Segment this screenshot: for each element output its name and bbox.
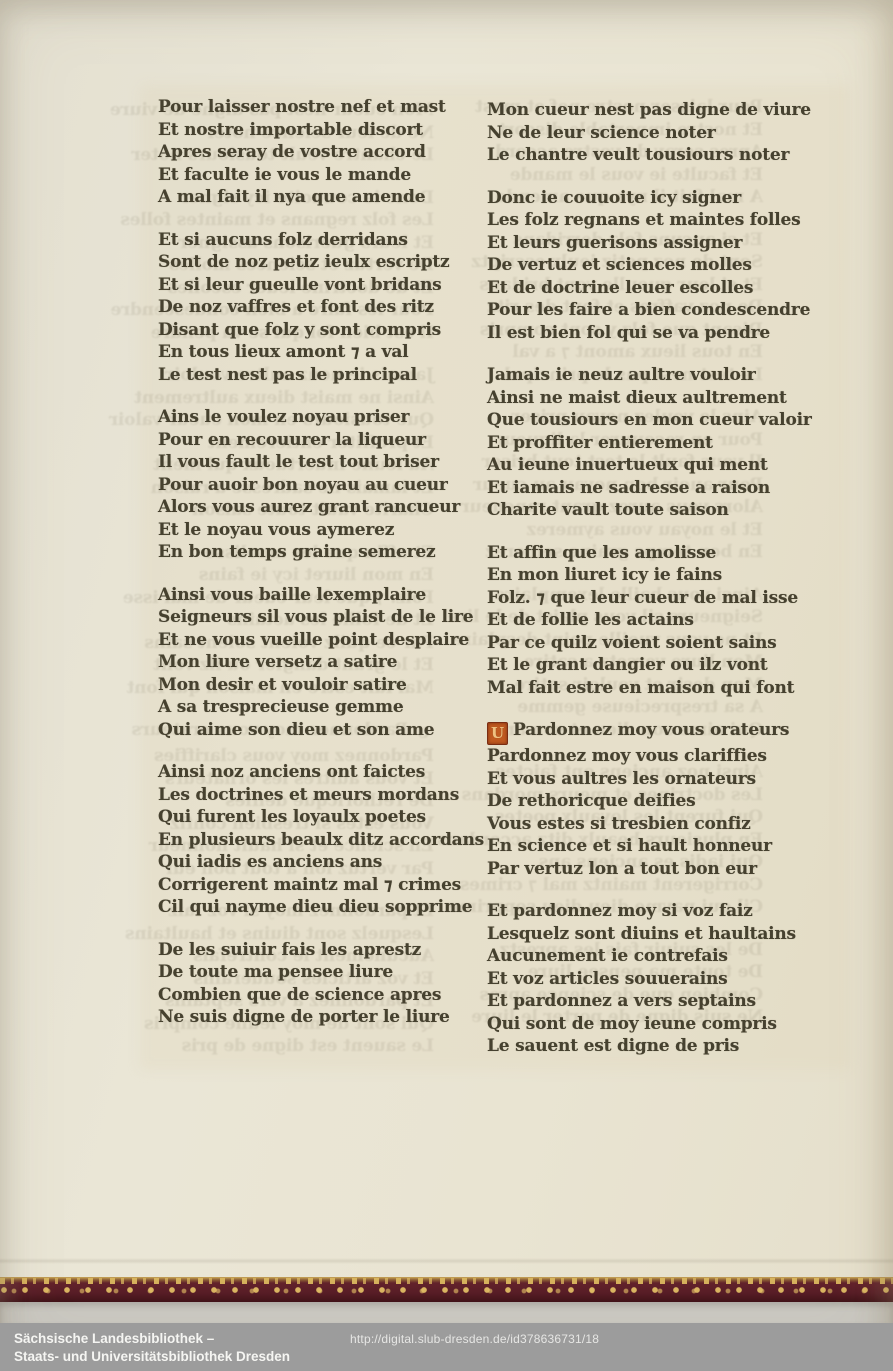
poem-line: Ainsi ne maist dieux aultrement (487, 387, 822, 410)
poem-line-text: Le chantre veult tousiours noter (487, 145, 789, 165)
poem-line-text: Sont de noz petiz ieulx escriptz (158, 252, 450, 272)
poem-line: Charite vault toute saison (487, 499, 822, 522)
poem-line: Et vous aultres les ornateurs (487, 768, 822, 791)
poem-line: Et proffiter entierement (487, 432, 822, 455)
poem-line-text: En tous lieux amont ⁊ a val (158, 342, 408, 362)
poem-line-text: En science et si hault honneur (487, 836, 772, 856)
poem-line-text: Et nostre importable discort (158, 120, 423, 140)
poem-line: Mon liure versetz a satire (158, 651, 493, 674)
poem-line: Et de follie les actains (487, 609, 822, 632)
poem-line-text: A mal fait il nya que amende (158, 187, 425, 207)
poem-line-text: Ne suis digne de porter le liure (158, 1007, 450, 1027)
poem-line: Qui aime son dieu et son ame (158, 719, 493, 742)
stanza: UPardonnez moy vous orateursPardonnez mo… (487, 719, 822, 880)
poem-line: Et le noyau vous aymerez (158, 519, 493, 542)
stanza: Pour laisser nostre nef et mastEt nostre… (158, 96, 493, 209)
poem-line-text: Pour laisser nostre nef et mast (158, 97, 446, 117)
poem-line: Seigneurs sil vous plaist de le lire (158, 606, 493, 629)
poem-line: Il vous fault le test tout briser (158, 451, 493, 474)
background-strip (0, 1302, 893, 1323)
poem-line-text: Pour en recouurer la liqueur (158, 430, 426, 450)
poem-line: Lesquelz sont diuins et haultains (487, 923, 822, 946)
poem-line-text: De vertuz et sciences molles (487, 255, 752, 275)
poem-line-text: Et vous aultres les ornateurs (487, 769, 756, 789)
poem-line-text: Mon liure versetz a satire (158, 652, 397, 672)
stanza: Et affin que les amolisseEn mon liuret i… (487, 542, 822, 700)
poem-line: Alors vous aurez grant rancueur (158, 496, 493, 519)
poem-line: Et faculte ie vous le mande (158, 164, 493, 187)
poem-line: Le chantre veult tousiours noter (487, 144, 822, 167)
poem-line: Et si leur gueulle vont bridans (158, 274, 493, 297)
poem-line: Les doctrines et meurs mordans (158, 784, 493, 807)
poem-line: De noz vaffres et font des ritz (158, 296, 493, 319)
poem-line-text: Et ne vous vueille point desplaire (158, 630, 469, 650)
poem-line: Mal fait estre en maison qui font (487, 677, 822, 700)
poem-line: UPardonnez moy vous orateurs (487, 719, 822, 745)
poem-line-text: Et leurs guerisons assigner (487, 233, 742, 253)
poem-line-text: De les suiuir fais les aprestz (158, 940, 421, 960)
poem-line: Et pardonnez a vers septains (487, 990, 822, 1013)
poem-line: Mon desir et vouloir satire (158, 674, 493, 697)
poem-line-text: Il est bien fol qui se va pendre (487, 323, 770, 343)
poem-line: Et ne vous vueille point desplaire (158, 629, 493, 652)
poem-line-text: Au ieune inuertueux qui ment (487, 455, 768, 475)
poem-line: Qui iadis es anciens ans (158, 851, 493, 874)
poem-line-text: A sa tresprecieuse gemme (158, 697, 403, 717)
poem-line: Et si aucuns folz derridans (158, 229, 493, 252)
poem-line-text: Et si leur gueulle vont bridans (158, 275, 442, 295)
rubricated-initial: U (487, 722, 508, 745)
poem-line-text: Ainsi noz anciens ont faictes (158, 762, 425, 782)
poem-line-text: En bon temps graine semerez (158, 542, 435, 562)
poem-line: Pour laisser nostre nef et mast (158, 96, 493, 119)
stanza: Jamais ie neuz aultre vouloirAinsi ne ma… (487, 364, 822, 522)
poem-line: Vous estes si tresbien confiz (487, 813, 822, 836)
poem-line-text: Ainsi vous baille lexemplaire (158, 585, 426, 605)
library-name-line1: Sächsische Landesbibliothek – (14, 1330, 290, 1348)
poem-line: Jamais ie neuz aultre vouloir (487, 364, 822, 387)
poem-line-text: Corrigerent maintz mal ⁊ crimes (158, 875, 461, 895)
poem-line: Corrigerent maintz mal ⁊ crimes (158, 874, 493, 897)
poem-line: Apres seray de vostre accord (158, 141, 493, 164)
poem-line: Pour en recouurer la liqueur (158, 429, 493, 452)
stanza: Ainsi noz anciens ont faictesLes doctrin… (158, 761, 493, 919)
poem-line: En bon temps graine semerez (158, 541, 493, 564)
poem-line: Ne de leur science noter (487, 122, 822, 145)
poem-line: Ainsi vous baille lexemplaire (158, 584, 493, 607)
poem-line-text: De toute ma pensee liure (158, 962, 393, 982)
poem-line: Qui sont de moy ieune compris (487, 1013, 822, 1036)
poem-line: Disant que folz y sont compris (158, 319, 493, 342)
poem-line-text: En mon liuret icy ie fains (487, 565, 722, 585)
poem-line: Mon cueur nest pas digne de viure (487, 99, 822, 122)
poem-line-text: Et proffiter entierement (487, 433, 713, 453)
poem-line-text: Le test nest pas le principal (158, 365, 417, 385)
gilt-book-edge (0, 1277, 893, 1302)
poem-line: A mal fait il nya que amende (158, 186, 493, 209)
poem-line-text: Apres seray de vostre accord (158, 142, 426, 162)
poem-line: De les suiuir fais les aprestz (158, 939, 493, 962)
poem-line-text: Et si aucuns folz derridans (158, 230, 408, 250)
poem-line: De vertuz et sciences molles (487, 254, 822, 277)
stanza: Ains le voulez noyau priserPour en recou… (158, 406, 493, 564)
poem-line: Et voz articles souuerains (487, 968, 822, 991)
poem-line-text: Et le noyau vous aymerez (158, 520, 394, 540)
library-name-line2: Staats- und Universitätsbibliothek Dresd… (14, 1348, 290, 1366)
poem-line: Que tousiours en mon cueur valoir (487, 409, 822, 432)
poem-line-text: Le sauent est digne de pris (487, 1036, 739, 1056)
page-crease (0, 1258, 893, 1264)
poem-line: Et affin que les amolisse (487, 542, 822, 565)
poem-line-text: Il vous fault le test tout briser (158, 452, 439, 472)
poem-line-text: Alors vous aurez grant rancueur (158, 497, 460, 517)
poem-line-text: De noz vaffres et font des ritz (158, 297, 434, 317)
poem-line: Pour les faire a bien condescendre (487, 299, 822, 322)
poem-text-block: Pour laisser nostre nef et mastEt nostre… (0, 0, 893, 1371)
poem-line: Il est bien fol qui se va pendre (487, 322, 822, 345)
poem-line-text: Les doctrines et meurs mordans (158, 785, 459, 805)
poem-line-text: Et pardonnez a vers septains (487, 991, 756, 1011)
poem-line: Et le grant dangier ou ilz vont (487, 654, 822, 677)
poem-line-text: Disant que folz y sont compris (158, 320, 441, 340)
poem-column-right: Mon cueur nest pas digne de viureNe de l… (487, 99, 822, 1078)
poem-line-text: Mon cueur nest pas digne de viure (487, 100, 811, 120)
source-url: http://digital.slub-dresden.de/id3786367… (350, 1332, 599, 1346)
stanza: Et pardonnez moy si voz faizLesquelz son… (487, 900, 822, 1058)
stanza: Ainsi vous baille lexemplaireSeigneurs s… (158, 584, 493, 742)
poem-line: Et nostre importable discort (158, 119, 493, 142)
poem-line: Pardonnez moy vous clariffies (487, 745, 822, 768)
poem-line-text: Combien que de science apres (158, 985, 441, 1005)
poem-line: Combien que de science apres (158, 984, 493, 1007)
poem-line-text: Pardonnez moy vous orateurs (513, 720, 789, 740)
poem-line: En tous lieux amont ⁊ a val (158, 341, 493, 364)
poem-line-text: Pardonnez moy vous clariffies (487, 746, 767, 766)
poem-line: Donc ie couuoite icy signer (487, 187, 822, 210)
stanza: Donc ie couuoite icy signerLes folz regn… (487, 187, 822, 345)
poem-line-text: Et voz articles souuerains (487, 969, 728, 989)
poem-line-text: Pour les faire a bien condescendre (487, 300, 810, 320)
poem-line-text: Jamais ie neuz aultre vouloir (487, 365, 756, 385)
poem-line-text: Mal fait estre en maison qui font (487, 678, 794, 698)
poem-line-text: Charite vault toute saison (487, 500, 729, 520)
poem-line-text: Qui iadis es anciens ans (158, 852, 382, 872)
poem-line-text: Et de doctrine leuer escolles (487, 278, 753, 298)
poem-line: Ainsi noz anciens ont faictes (158, 761, 493, 784)
poem-line: Ains le voulez noyau priser (158, 406, 493, 429)
poem-line-text: Lesquelz sont diuins et haultains (487, 924, 796, 944)
poem-line: De toute ma pensee liure (158, 961, 493, 984)
poem-line-text: Et iamais ne sadresse a raison (487, 478, 770, 498)
poem-line: Le test nest pas le principal (158, 364, 493, 387)
stanza: Mon cueur nest pas digne de viureNe de l… (487, 99, 822, 167)
poem-line: Et pardonnez moy si voz faiz (487, 900, 822, 923)
stanza: Et si aucuns folz derridansSont de noz p… (158, 229, 493, 387)
poem-line-text: En plusieurs beaulx ditz accordans (158, 830, 484, 850)
poem-line: Et leurs guerisons assigner (487, 232, 822, 255)
poem-line-text: Que tousiours en mon cueur valoir (487, 410, 812, 430)
poem-line-text: Aucunement ie contrefais (487, 946, 728, 966)
poem-line-text: Ainsi ne maist dieux aultrement (487, 388, 787, 408)
poem-line: Les folz regnans et maintes folles (487, 209, 822, 232)
poem-line: Aucunement ie contrefais (487, 945, 822, 968)
poem-line-text: Par vertuz lon a tout bon eur (487, 859, 757, 879)
poem-line: En plusieurs beaulx ditz accordans (158, 829, 493, 852)
poem-line: Et de doctrine leuer escolles (487, 277, 822, 300)
poem-line: Et iamais ne sadresse a raison (487, 477, 822, 500)
poem-line: Qui furent les loyaulx poetes (158, 806, 493, 829)
poem-line: Folz. ⁊ que leur cueur de mal isse (487, 587, 822, 610)
poem-column-left: Pour laisser nostre nef et mastEt nostre… (158, 96, 493, 1049)
poem-line-text: Et pardonnez moy si voz faiz (487, 901, 753, 921)
poem-line-text: Ains le voulez noyau priser (158, 407, 409, 427)
poem-line-text: Seigneurs sil vous plaist de le lire (158, 607, 473, 627)
poem-line-text: Pour auoir bon noyau au cueur (158, 475, 448, 495)
library-name: Sächsische Landesbibliothek – Staats- un… (14, 1330, 290, 1366)
poem-line-text: Les folz regnans et maintes folles (487, 210, 801, 230)
poem-line: Par ce quilz voient soient sains (487, 632, 822, 655)
poem-line: En mon liuret icy ie fains (487, 564, 822, 587)
poem-line-text: Mon desir et vouloir satire (158, 675, 407, 695)
poem-line-text: Et faculte ie vous le mande (158, 165, 411, 185)
poem-line: De rethoricque deifies (487, 790, 822, 813)
poem-line-text: Par ce quilz voient soient sains (487, 633, 777, 653)
poem-line-text: Qui furent les loyaulx poetes (158, 807, 426, 827)
poem-line-text: De rethoricque deifies (487, 791, 695, 811)
poem-line: Pour auoir bon noyau au cueur (158, 474, 493, 497)
poem-line-text: Folz. ⁊ que leur cueur de mal isse (487, 588, 798, 608)
poem-line: Ne suis digne de porter le liure (158, 1006, 493, 1029)
poem-line: Le sauent est digne de pris (487, 1035, 822, 1058)
poem-line: En science et si hault honneur (487, 835, 822, 858)
poem-line: Au ieune inuertueux qui ment (487, 454, 822, 477)
poem-line-text: Donc ie couuoite icy signer (487, 188, 741, 208)
poem-line: A sa tresprecieuse gemme (158, 696, 493, 719)
poem-line-text: Qui aime son dieu et son ame (158, 720, 434, 740)
poem-line: Sont de noz petiz ieulx escriptz (158, 251, 493, 274)
poem-line-text: Vous estes si tresbien confiz (487, 814, 751, 834)
poem-line-text: Ne de leur science noter (487, 123, 716, 143)
poem-line-text: Et de follie les actains (487, 610, 694, 630)
poem-line-text: Et affin que les amolisse (487, 543, 716, 563)
poem-line: Cil qui nayme dieu dieu sopprime (158, 896, 493, 919)
poem-line-text: Et le grant dangier ou ilz vont (487, 655, 768, 675)
stanza: De les suiuir fais les aprestzDe toute m… (158, 939, 493, 1029)
poem-line-text: Cil qui nayme dieu dieu sopprime (158, 897, 472, 917)
library-footer-bar: Sächsische Landesbibliothek – Staats- un… (0, 1323, 893, 1371)
poem-line-text: Qui sont de moy ieune compris (487, 1014, 777, 1034)
poem-line: Par vertuz lon a tout bon eur (487, 858, 822, 881)
